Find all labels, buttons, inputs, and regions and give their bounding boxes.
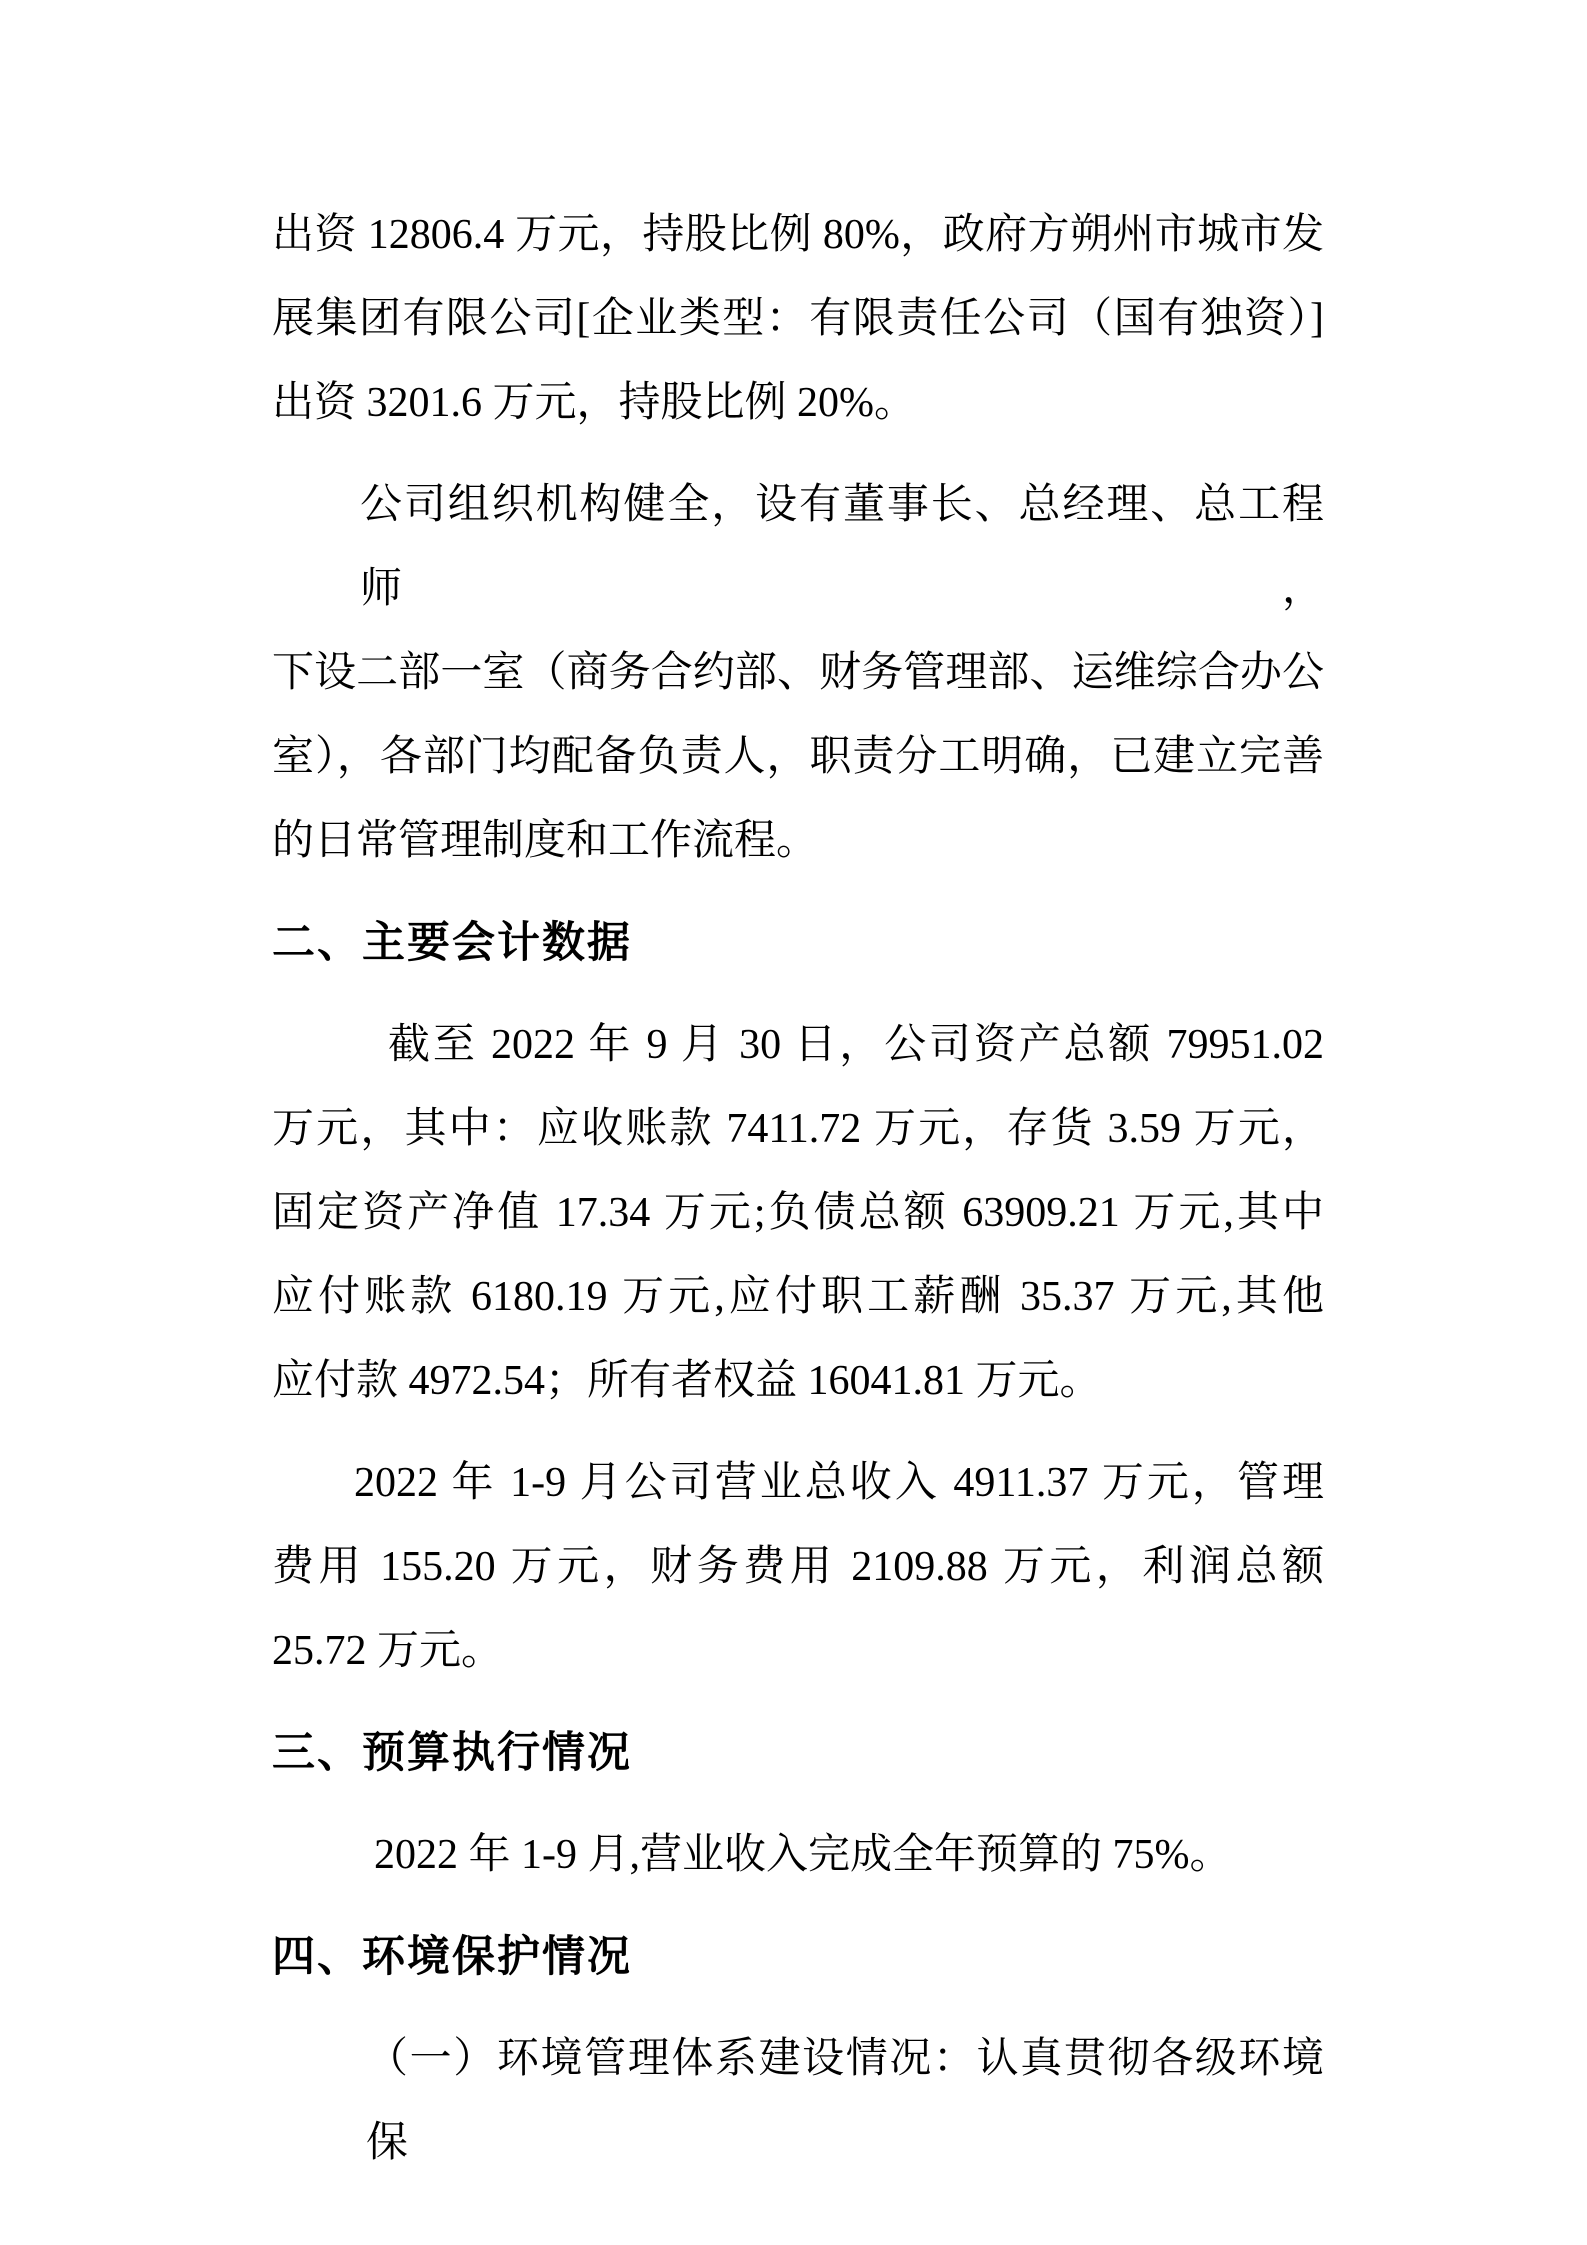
text-line: 公司组织机构健全，设有董事长、总经理、总工程师，: [272, 463, 1324, 631]
para-income-statement-data: 2022 年 1-9 月公司营业总收入 4911.37 万元，管理费用 155.…: [272, 1441, 1324, 1693]
text-line: 25.72 万元。: [272, 1609, 1324, 1693]
text-line: 出资 12806.4 万元，持股比例 80%，政府方朔州市城市发: [272, 193, 1324, 277]
text-line: 费用 155.20 万元，财务费用 2109.88 万元，利润总额: [272, 1525, 1324, 1609]
text-line: 2022 年 1-9 月公司营业总收入 4911.37 万元，管理: [272, 1441, 1324, 1525]
text-line: 应付账款 6180.19 万元,应付职工薪酬 35.37 万元,其他: [272, 1255, 1324, 1339]
text-line: 截至 2022 年 9 月 30 日，公司资产总额 79951.02: [272, 1003, 1324, 1087]
para-capital-contribution: 出资 12806.4 万元，持股比例 80%，政府方朔州市城市发展集团有限公司[…: [272, 193, 1324, 445]
para-balance-sheet-data: 截至 2022 年 9 月 30 日，公司资产总额 79951.02万元，其中：…: [272, 1003, 1324, 1423]
text-line: 下设二部一室（商务合约部、财务管理部、运维综合办公: [272, 631, 1324, 715]
para-budget-execution: 2022 年 1-9 月,营业收入完成全年预算的 75%。: [272, 1813, 1324, 1897]
text-line: 2022 年 1-9 月,营业收入完成全年预算的 75%。: [272, 1813, 1324, 1897]
heading-environmental-protection: 四、环境保护情况: [272, 1915, 1324, 1999]
heading-main-accounting-data: 二、主要会计数据: [272, 901, 1324, 985]
heading-budget-execution: 三、预算执行情况: [272, 1711, 1324, 1795]
text-line: 展集团有限公司[企业类型：有限责任公司（国有独资）]: [272, 277, 1324, 361]
text-line: 应付款 4972.54；所有者权益 16041.81 万元。: [272, 1339, 1324, 1423]
text-line: 室），各部门均配备负责人，职责分工明确，已建立完善: [272, 715, 1324, 799]
para-organization-structure: 公司组织机构健全，设有董事长、总经理、总工程师，下设二部一室（商务合约部、财务管…: [272, 463, 1324, 883]
text-line: 固定资产净值 17.34 万元;负债总额 63909.21 万元,其中: [272, 1171, 1324, 1255]
text-line: 出资 3201.6 万元，持股比例 20%。: [272, 361, 1324, 445]
text-line: （一）环境管理体系建设情况：认真贯彻各级环境保: [272, 2017, 1324, 2185]
text-line: 万元，其中：应收账款 7411.72 万元，存货 3.59 万元，: [272, 1087, 1324, 1171]
para-environmental-management: （一）环境管理体系建设情况：认真贯彻各级环境保: [272, 2017, 1324, 2185]
document-body: 出资 12806.4 万元，持股比例 80%，政府方朔州市城市发展集团有限公司[…: [272, 193, 1324, 2203]
document-page: 出资 12806.4 万元，持股比例 80%，政府方朔州市城市发展集团有限公司[…: [0, 0, 1587, 2245]
text-line: 的日常管理制度和工作流程。: [272, 799, 1324, 883]
